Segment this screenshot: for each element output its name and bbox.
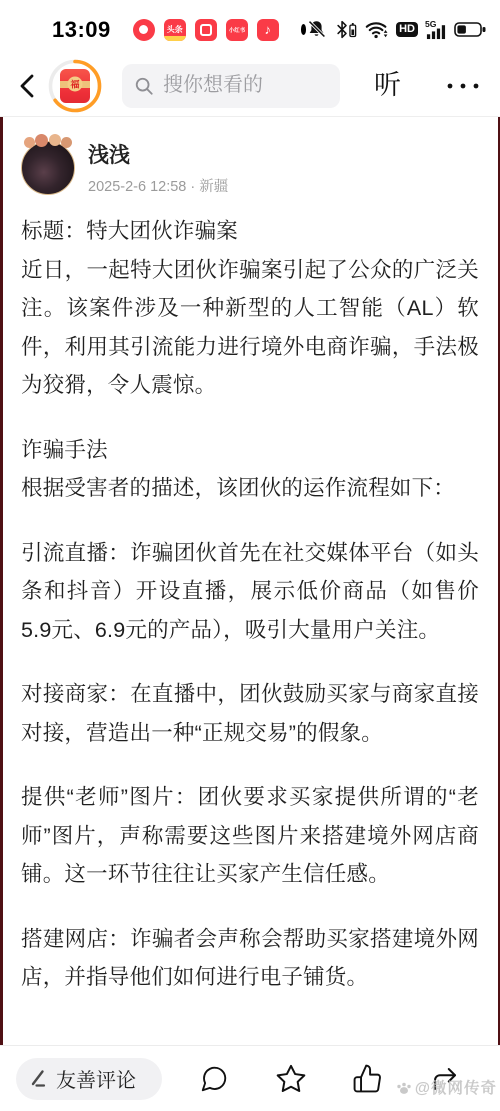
pencil-icon [29, 1069, 47, 1088]
kuaishou-app-icon [195, 19, 217, 41]
svg-text:5G: 5G [425, 19, 437, 29]
comment-input[interactable]: 友善评论 [16, 1058, 162, 1100]
article-paragraph: 诈骗手法 根据受害者的描述，该团伙的运作流程如下： [21, 431, 479, 508]
watermark: @微网传奇 [396, 1076, 497, 1098]
status-bar: 13:09 头条 小红书 ♪ [0, 0, 500, 55]
ellipsis-icon [444, 80, 482, 92]
post-meta: 2025-2-6 12:58 · 新疆 [88, 175, 228, 196]
article-paragraph: 提供“老师”图片：团伙要求买家提供所谓的“老师”图片，声称需要这些图片来搭建境外… [21, 778, 479, 894]
notification-app-icons: 头条 小红书 ♪ [133, 19, 279, 41]
avatar-decoration [35, 134, 48, 147]
toutiao-app-icon: 头条 [164, 19, 186, 41]
paw-icon [396, 1080, 412, 1095]
left-edge-stripe [0, 117, 3, 1045]
fu-seal: 福 [68, 76, 83, 91]
avatar[interactable] [21, 141, 75, 195]
clock: 13:09 [52, 17, 111, 43]
comment-bubble-icon [199, 1064, 229, 1094]
thumbs-up-icon [352, 1063, 383, 1094]
article-paragraph: 引流直播：诈骗团伙首先在社交媒体平台（如头条和抖音）开设直播，展示低价商品（如售… [21, 534, 479, 650]
search-input[interactable] [163, 74, 313, 97]
video-app-icon [133, 19, 155, 41]
like-button[interactable] [352, 1063, 383, 1094]
avatar-decoration [61, 137, 72, 148]
hd-indicator: HD [396, 22, 418, 37]
avatar-decoration [49, 134, 61, 146]
notifications-muted-icon [306, 19, 327, 40]
article-area: 浅浅 2025-2-6 12:58 · 新疆 标题：特大团伙诈骗案 近日，一起特… [0, 117, 500, 1045]
more-options-button[interactable] [444, 80, 482, 92]
star-icon [275, 1063, 307, 1095]
article-paragraph: 标题：特大团伙诈骗案 近日，一起特大团伙诈骗案引起了公众的广泛关注。该案件涉及一… [21, 212, 479, 405]
bluetooth-battery-icon [334, 19, 358, 40]
status-icons: HD 5G [306, 19, 486, 40]
watermark-text: @微网传奇 [415, 1076, 497, 1098]
article-body: 标题：特大团伙诈骗案 近日，一起特大团伙诈骗案引起了公众的广泛关注。该案件涉及一… [21, 212, 479, 997]
author-name[interactable]: 浅浅 [88, 139, 228, 169]
red-packet-badge[interactable]: 福 [48, 59, 102, 113]
nav-bar: 福 听 [0, 55, 500, 117]
5g-signal-icon: 5G [425, 19, 447, 40]
article-paragraph: 搭建网店：诈骗者会声称会帮助买家搭建境外网店，并指导他们如何进行电子铺货。 [21, 920, 479, 997]
back-button[interactable] [14, 72, 42, 100]
article-paragraph: 对接商家：在直播中，团伙鼓励买家与商家直接对接，营造出一种“正规交易”的假象。 [21, 675, 479, 752]
chevron-left-icon [14, 72, 40, 100]
xiaohongshu-app-icon: 小红书 [226, 19, 248, 41]
battery-icon [454, 21, 486, 38]
author-row: 浅浅 2025-2-6 12:58 · 新疆 [21, 139, 479, 196]
music-app-icon: ♪ [257, 19, 279, 41]
wifi-icon [365, 19, 389, 40]
search-icon [134, 76, 154, 96]
phone-screen: 13:09 头条 小红书 ♪ [0, 0, 500, 1111]
comment-placeholder: 友善评论 [56, 1064, 136, 1093]
red-envelope-icon: 福 [60, 69, 90, 103]
avatar-decoration [24, 137, 35, 148]
search-bar[interactable] [122, 64, 340, 108]
listen-button[interactable]: 听 [374, 72, 401, 99]
comment-button[interactable] [199, 1064, 229, 1094]
favorite-button[interactable] [275, 1063, 307, 1095]
